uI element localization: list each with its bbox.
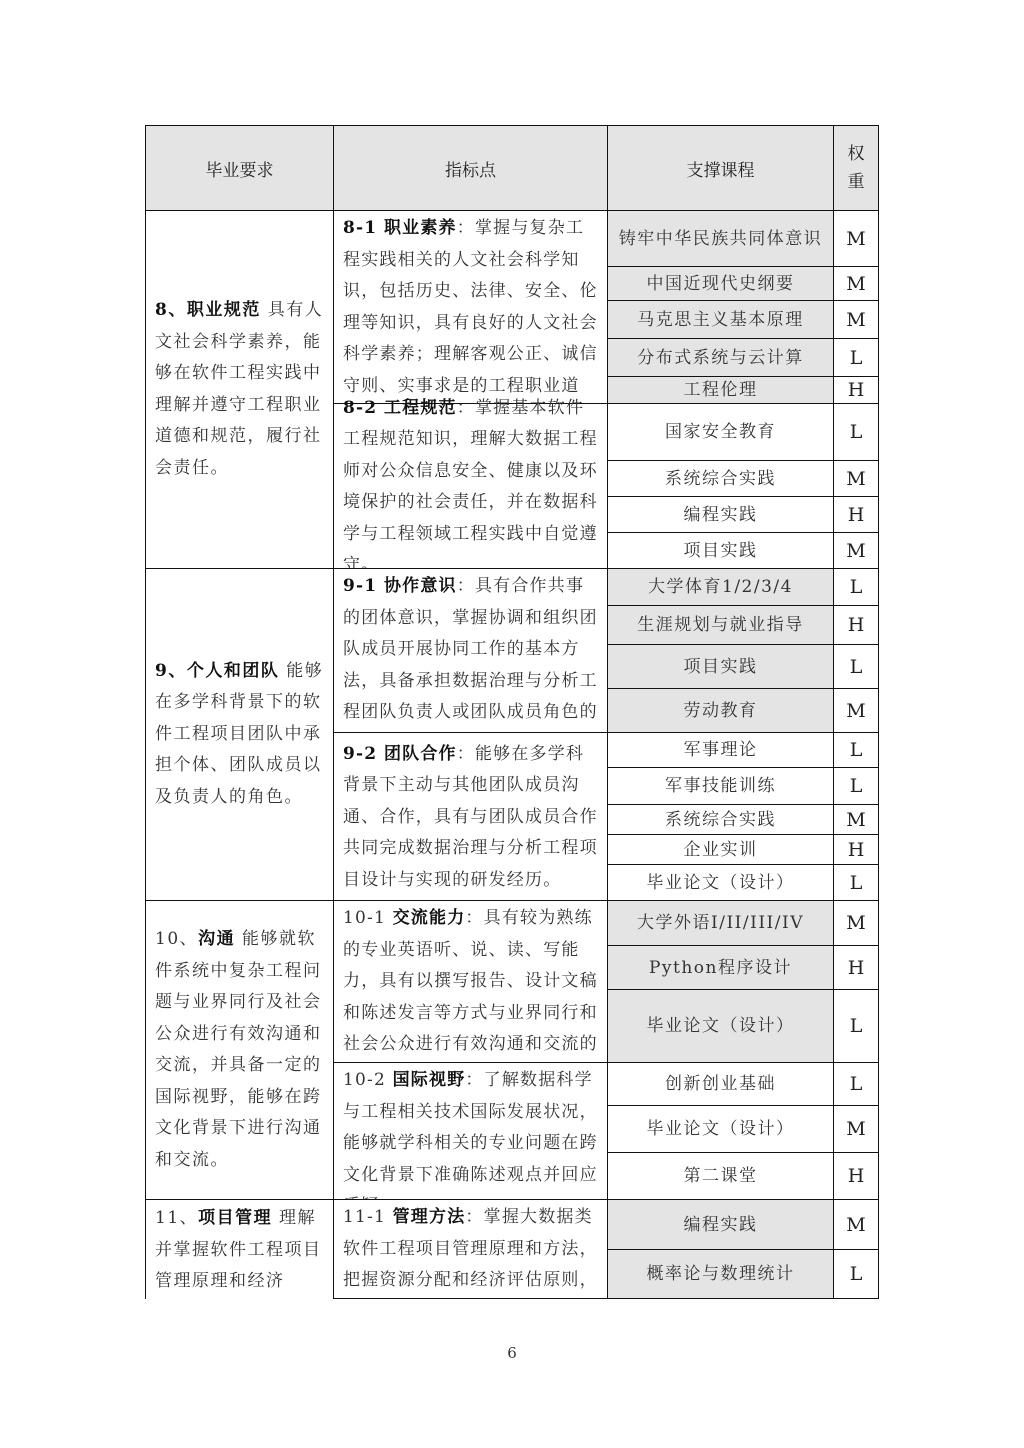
indicator-code: 10-2 [343,1070,386,1090]
weight-cell: H [833,376,879,404]
weight-cell: M [833,460,879,497]
header-indicator: 指标点 [333,125,608,211]
weight-cell: M [833,1105,879,1153]
requirement-title: 个人和团队 [187,661,280,681]
weight-cell: L [833,767,879,805]
course-cell: 大学体育1/2/3/4 [607,568,834,606]
weight-cell: H [833,834,879,865]
course-cell: 创新创业基础 [607,1062,834,1106]
requirement-number: 10、 [155,929,198,949]
header-weight: 权重 [833,125,879,211]
requirement-10: 10、沟通 能够就软件系统中复杂工程问题与业界同行及社会公众进行有效沟通和交流，… [145,900,334,1200]
requirement-9: 9、个人和团队 能够在多学科背景下的软件工程项目团队中承担个体、团队成员以及负责… [145,568,334,901]
course-cell: 劳动教育 [607,688,834,733]
page-number: 6 [0,1344,1024,1362]
indicator-title: 职业素养 [384,218,457,238]
indicator-text: ：具有合作共事的团体意识，掌握协调和组织团队成员开展协同工作的基本方法，具备承担… [343,576,598,754]
weight-cell: L [833,644,879,689]
requirement-text: 能够在多学科背景下的软件工程项目团队中承担个体、团队成员以及负责人的角色。 [155,661,323,807]
course-cell: Python程序设计 [607,945,834,990]
requirement-11: 11、项目管理 理解并掌握软件工程项目管理原理和经济 [145,1199,334,1299]
weight-cell: M [833,300,879,339]
course-cell: 毕业论文（设计） [607,1105,834,1153]
course-cell: 编程实践 [607,496,834,533]
weight-cell: H [833,1152,879,1200]
weight-cell: L [833,403,879,461]
requirement-number: 11、 [155,1208,198,1228]
indicator-title: 管理方法 [393,1207,466,1227]
weight-cell: H [833,945,879,990]
indicator-title: 协作意识 [384,576,457,596]
indicator-code: 9-2 [343,744,377,764]
indicator-title: 团队合作 [384,744,457,764]
indicator-code: 9-1 [343,576,377,596]
weight-cell: M [833,532,879,569]
indicator-code: 8-1 [343,218,377,238]
requirement-text: 能够就软件系统中复杂工程问题与业界同行及社会公众进行有效沟通和交流，并具备一定的… [155,929,322,1170]
requirement-title: 职业规范 [187,300,261,320]
indicator-text: ：具有较为熟练的专业英语听、说、读、写能力，具有以撰写报告、设计文稿和陈述发言等… [343,908,598,1086]
indicator-9-2: 9-2 团队合作：能够在多学科背景下主动与其他团队成员沟通、合作，具有与团队成员… [333,732,608,901]
weight-cell: M [833,266,879,301]
weight-cell: L [833,732,879,768]
indicator-title: 工程规范 [384,398,457,418]
weight-cell: M [833,1199,879,1250]
course-cell: 铸牢中华民族共同体意识 [607,210,834,267]
course-cell: 马克思主义基本原理 [607,300,834,339]
header-requirement: 毕业要求 [145,125,334,211]
course-cell: 大学外语I/II/III/IV [607,900,834,946]
course-cell: 项目实践 [607,644,834,689]
requirement-title: 项目管理 [198,1208,272,1228]
requirement-text: 具有人文社会科学素养，能够在软件工程实践中理解并遵守工程职业道德和规范，履行社会… [155,300,323,478]
course-cell: 国家安全教育 [607,403,834,461]
course-cell: 毕业论文（设计） [607,864,834,901]
indicator-title: 国际视野 [393,1070,466,1090]
weight-cell: M [833,804,879,835]
weight-cell: L [833,338,879,377]
requirement-number: 9、 [155,661,187,681]
weight-cell: M [833,688,879,733]
indicator-text: ：能够在多学科背景下主动与其他团队成员沟通、合作，具有与团队成员合作共同完成数据… [343,744,598,890]
weight-cell: H [833,496,879,533]
course-cell: 军事技能训练 [607,767,834,805]
indicator-code: 8-2 [343,398,377,418]
weight-cell: L [833,989,879,1063]
course-cell: 项目实践 [607,532,834,569]
indicator-code: 11-1 [343,1207,386,1227]
weight-cell: H [833,605,879,645]
indicator-8-1: 8-1 职业素养：掌握与复杂工程实践相关的人文社会科学知识，包括历史、法律、安全… [333,210,608,404]
course-cell: 系统综合实践 [607,804,834,835]
indicator-10-1: 10-1 交流能力：具有较为熟练的专业英语听、说、读、写能力，具有以撰写报告、设… [333,900,608,1063]
course-cell: 军事理论 [607,732,834,768]
course-cell: 工程伦理 [607,376,834,404]
requirement-title: 沟通 [198,929,235,949]
indicator-10-2: 10-2 国际视野：了解数据科学与工程相关技术国际发展状况，能够就学科相关的专业… [333,1062,608,1200]
weight-cell: L [833,864,879,901]
requirement-number: 8、 [155,300,187,320]
indicator-code: 10-1 [343,908,386,928]
course-cell: 企业实训 [607,834,834,865]
weight-cell: M [833,900,879,946]
header-courses: 支撑课程 [607,125,834,211]
document-page: 毕业要求 指标点 支撑课程 权重 8、职业规范 具有人文社会科学素养，能够在软件… [0,0,1024,1448]
course-cell: 系统综合实践 [607,460,834,497]
course-cell: 第二课堂 [607,1152,834,1200]
weight-cell: L [833,568,879,606]
indicator-title: 交流能力 [393,908,466,928]
indicator-9-1: 9-1 协作意识：具有合作共事的团体意识，掌握协调和组织团队成员开展协同工作的基… [333,568,608,733]
course-cell: 中国近现代史纲要 [607,266,834,301]
weight-cell: M [833,210,879,267]
indicator-8-2: 8-2 工程规范：掌握基本软件工程规范知识，理解大数据工程师对公众信息安全、健康… [333,403,608,569]
course-cell: 概率论与数理统计 [607,1249,834,1299]
indicator-text: ：了解数据科学与工程相关技术国际发展状况，能够就学科相关的专业问题在跨文化背景下… [343,1070,598,1216]
weight-cell: L [833,1062,879,1106]
indicator-text: ：掌握基本软件工程规范知识，理解大数据工程师对公众信息安全、健康以及环境保护的社… [343,398,598,576]
course-cell: 毕业论文（设计） [607,989,834,1063]
course-cell: 生涯规划与就业指导 [607,605,834,645]
course-cell: 分布式系统与云计算 [607,338,834,377]
course-cell: 编程实践 [607,1199,834,1250]
indicator-11-1: 11-1 管理方法：掌握大数据类软件工程项目管理原理和方法，把握资源分配和经济评… [333,1199,608,1299]
requirement-8: 8、职业规范 具有人文社会科学素养，能够在软件工程实践中理解并遵守工程职业道德和… [145,210,334,569]
weight-cell: L [833,1249,879,1299]
